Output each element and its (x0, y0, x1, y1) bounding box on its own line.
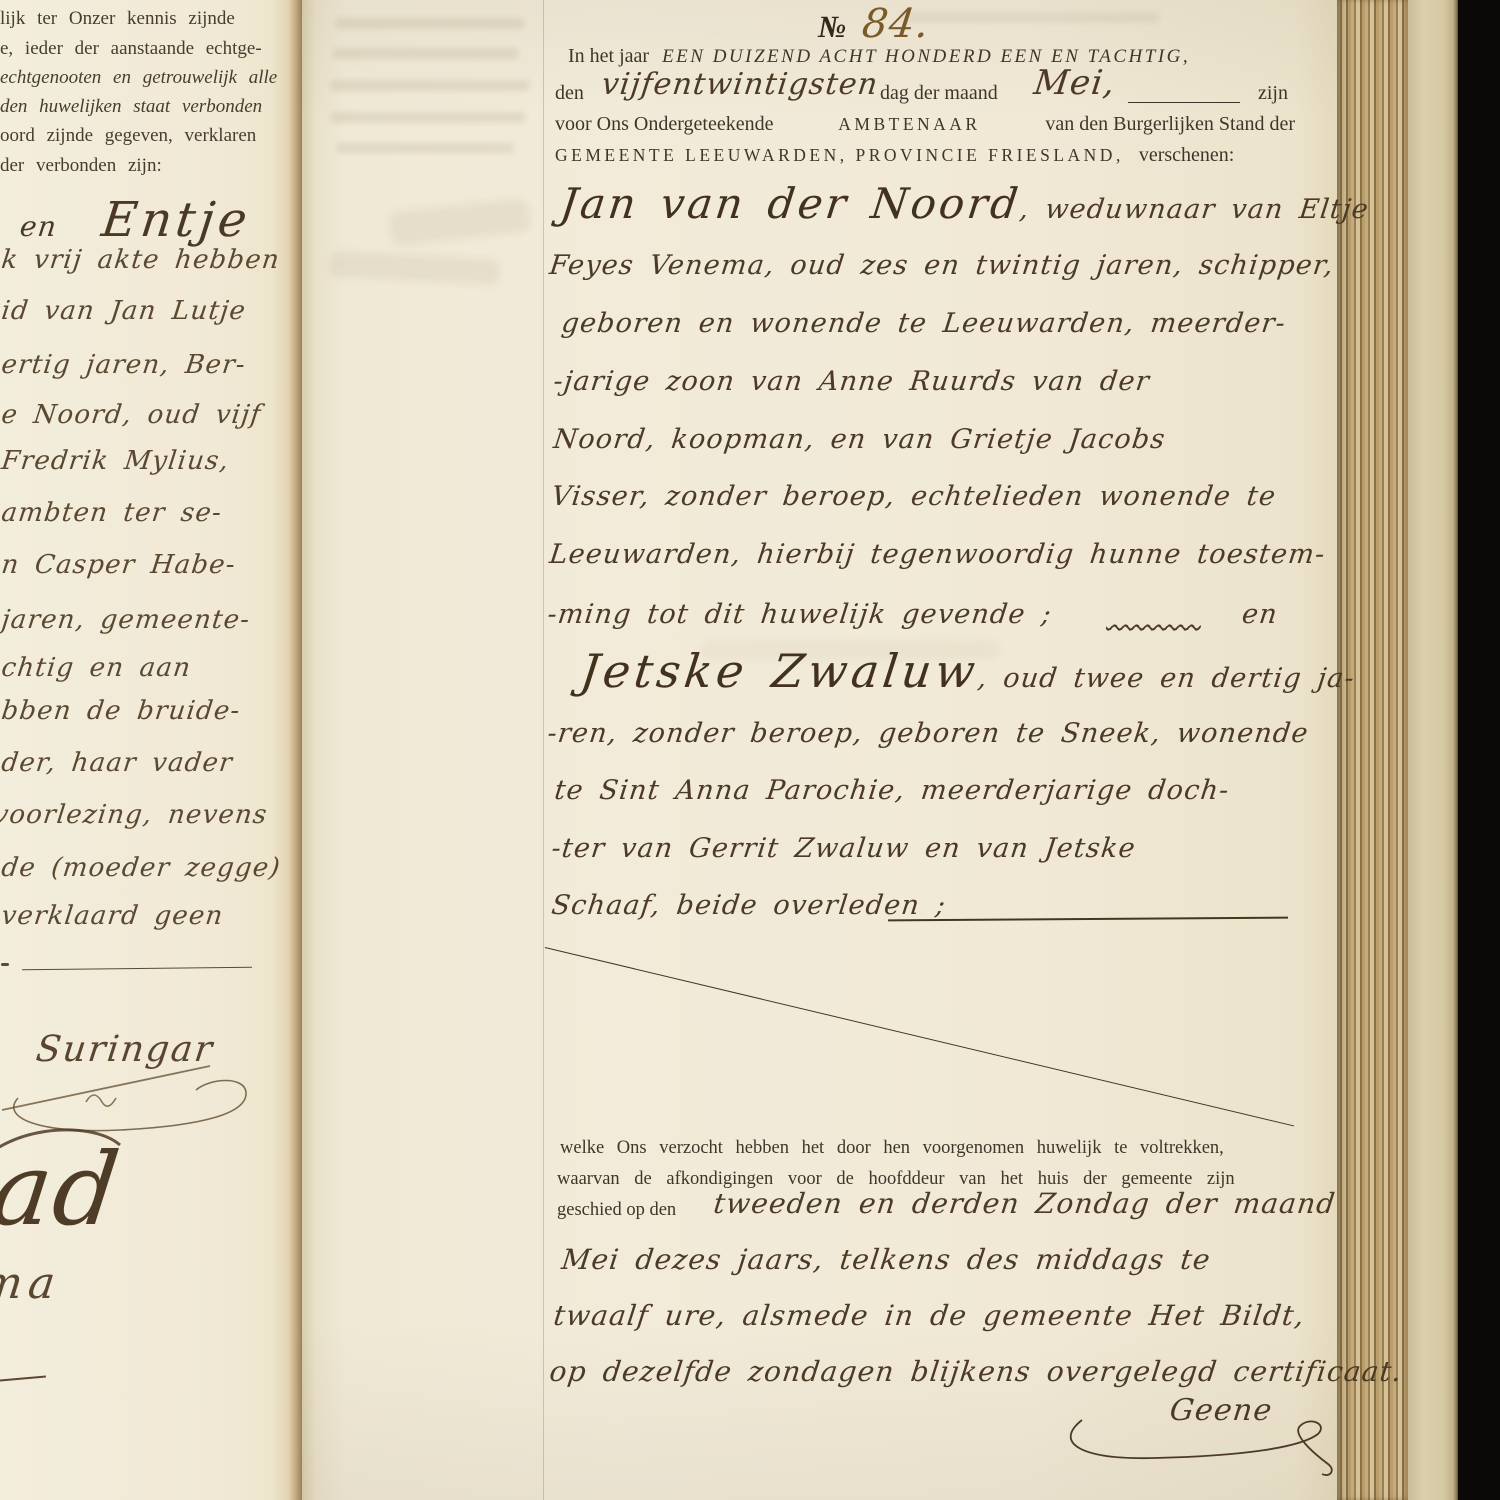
left-name-fragment: en Entje (18, 196, 254, 244)
entry-line-text: , weduwnaar van Eltje (1018, 194, 1371, 225)
entry-line: -ming tot dit huwelijk gevende ; en (546, 601, 1280, 628)
left-printed-line: lijk ter Onzer kennis zijnde (0, 8, 235, 30)
left-name-small: en (18, 210, 59, 243)
intro-month-handwritten: Mei, (1032, 66, 1118, 100)
intro-line3-ambtenaar: AMBTENAAR (838, 114, 980, 135)
intro-line3-a: voor Ons Ondergeteekende (555, 113, 773, 136)
filler-squiggle (1106, 599, 1205, 630)
left-hand-line: ambten ter se- (0, 500, 224, 526)
bleed-through-smudge (330, 112, 526, 123)
bride-name: Jetske Zwaluw (578, 644, 983, 698)
intro-year-pre: In het jaar (568, 45, 649, 67)
entry-line: Leeuwarden, hierbij tegenwoordig hunne t… (548, 541, 1327, 568)
entry-line: -jarige zoon van Anne Ruurds van der (552, 368, 1152, 395)
bleed-through-smudge (333, 48, 519, 59)
left-rule-mark (1, 963, 9, 966)
left-hand-line: bben de bruide- (0, 698, 242, 724)
entry-line: Feyes Venema, oud zes en twintig jaren, … (548, 252, 1336, 279)
left-hand-line: verklaard geen (0, 903, 225, 929)
left-stray-stroke (0, 1375, 46, 1382)
entry-closing-dash (888, 917, 1288, 922)
left-printed-line: e, ieder der aanstaande echtge- (0, 38, 262, 60)
left-hand-line: der, haar vader (0, 750, 234, 776)
groom-name: Jan van der Noord (558, 179, 1024, 228)
entry-line-text: -ming tot dit huwelijk gevende ; (546, 599, 1054, 630)
left-hand-line: jaren, gemeente- (0, 607, 252, 633)
left-hand-line: chtig en aan (0, 655, 193, 681)
closing-printed-geschied: geschied op den (557, 1200, 676, 1221)
left-hand-line: n Casper Habe- (0, 552, 237, 578)
bleed-through-smudge (900, 12, 1160, 23)
entry-line: -ter van Gerrit Zwaluw en van Jetske (550, 835, 1138, 862)
entry-line: Noord, koopman, en van Grietje Jacobs (552, 426, 1167, 453)
left-printed-line: den huwelijken staat verbonden (0, 96, 262, 118)
intro-line3-c: van den Burgerlijken Stand der (1045, 113, 1295, 136)
entry-line-tail: en (1240, 599, 1280, 630)
closing-hand-zondagen: tweeden en derden Zondag der maand (712, 1190, 1337, 1218)
left-rule-line (22, 967, 252, 970)
entry-line: Jan van der Noord, weduwnaar van Eltje (558, 183, 1372, 225)
left-hand-line: k vrij akte hebben (0, 247, 281, 273)
entry-line: Visser, zonder beroep, echtelieden wonen… (550, 483, 1278, 510)
left-name-large: Entje (99, 192, 254, 248)
intro-verschenen: verschenen: (1139, 144, 1235, 166)
entry-line-text: , oud twee en dertig ja- (976, 663, 1357, 694)
intro-day-handwritten: vijfentwintigsten (600, 70, 880, 100)
left-printed-line: der verbonden zijn: (0, 155, 162, 177)
left-hand-line: de (moeder zegge) (0, 855, 282, 881)
diagonal-strike-line (545, 947, 1294, 1126)
intro-gemeente-caps: GEMEENTE LEEUWARDEN, PROVINCIE FRIESLAND… (555, 145, 1124, 165)
left-hand-line: id van Jan Lutje (0, 298, 248, 324)
bleed-through-smudge (336, 143, 514, 153)
bleed-through-smudge (335, 18, 525, 29)
closing-hand-line: Mei dezes jaars, telkens des middags te (560, 1246, 1213, 1274)
intro-blank-line (1128, 102, 1240, 103)
intro-den: den (555, 82, 584, 105)
left-hand-line: ertig jaren, Ber- (0, 352, 247, 378)
left-large-flourish (0, 1115, 150, 1190)
record-number: № 84. (818, 4, 928, 45)
left-printed-line: echtgenooten en getrouwelijk alle (0, 67, 277, 89)
left-printed-line: oord zijnde gegeven, verklaren (0, 125, 256, 147)
entry-line: Schaaf, beide overleden ; (550, 892, 948, 919)
closing-hand-line: op dezelfde zondagen blijkens overgelegd… (548, 1358, 1404, 1386)
left-bottom-fragment: ma (0, 1262, 63, 1306)
entry-line: -ren, zonder beroep, geboren te Sneek, w… (546, 720, 1310, 747)
entry-line: geboren en wonende te Leeuwarden, meerde… (560, 310, 1288, 337)
entry-line: Jetske Zwaluw, oud twee en dertig ja- (578, 648, 1359, 694)
closing-hand-line: twaalf ure, alsmede in de gemeente Het B… (552, 1302, 1307, 1330)
intro-zijn: zijn (1258, 82, 1288, 105)
book-scan: lijk ter Onzer kennis zijnde e, ieder de… (0, 0, 1500, 1500)
bleed-through-ghost (389, 198, 532, 246)
bleed-through-ghost (329, 251, 500, 286)
page-fold-line (543, 0, 544, 1500)
intro-line-gemeente: GEMEENTE LEEUWARDEN, PROVINCIE FRIESLAND… (555, 144, 1234, 167)
left-hand-line: Fredrik Mylius, (0, 448, 231, 474)
left-hand-line: e Noord, oud vijf (0, 402, 263, 428)
geene-flourish (1060, 1408, 1350, 1488)
closing-printed-line: welke Ons verzocht hebben het door hen v… (560, 1138, 1224, 1159)
page-content: lijk ter Onzer kennis zijnde e, ieder de… (0, 0, 1500, 1500)
entry-line: te Sint Anna Parochie, meerderjarige doc… (553, 777, 1231, 804)
number-symbol: № (818, 9, 846, 44)
intro-line-official: voor Ons Ondergeteekende AMBTENAAR van d… (555, 113, 1295, 136)
intro-dag-der-maand: dag der maand (880, 82, 998, 105)
number-value: 84. (860, 4, 932, 44)
left-hand-line: voorlezing, nevens (0, 802, 269, 828)
bleed-through-smudge (330, 80, 530, 91)
